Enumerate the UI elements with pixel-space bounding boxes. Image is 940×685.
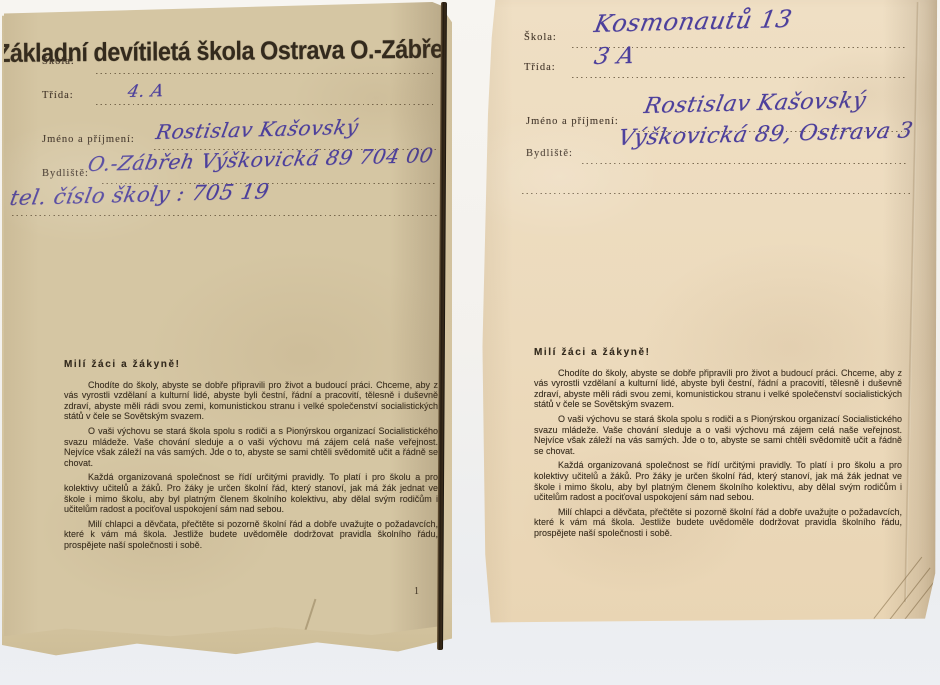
school-dotted-line xyxy=(96,72,436,74)
page-number: 1 xyxy=(414,586,419,597)
class-label: Třída: xyxy=(524,62,556,73)
name-value-handwritten: Rostislav Kašovský xyxy=(642,88,868,119)
school-label: Škola: xyxy=(42,56,75,67)
class-value-handwritten: 3 A xyxy=(592,43,637,70)
phone-dotted-line xyxy=(12,214,440,216)
notice-paragraph: O vaši výchovu se stará škola spolu s ro… xyxy=(534,414,902,456)
notice-text-block: Milí žáci a žákyně! Chodíte do školy, ab… xyxy=(64,360,438,551)
school-label: Škola: xyxy=(524,32,557,43)
class-dotted-line xyxy=(572,76,906,78)
notice-paragraph: Chodíte do školy, abyste se dobře připra… xyxy=(64,380,438,422)
phone-value-handwritten: tel. číslo školy : 705 19 xyxy=(8,179,271,210)
right-edge-crease xyxy=(904,2,920,602)
scanned-documents-canvas: Základní devítiletá škola Ostrava O.-Záb… xyxy=(0,0,940,685)
address-value-handwritten: O.-Zábřeh Výškovická 89 704 00 xyxy=(86,143,435,176)
name-value-handwritten: Rostislav Kašovský xyxy=(154,115,361,144)
class-label: Třída: xyxy=(42,90,74,101)
notice-paragraph: Chodíte do školy, abyste se dobře připra… xyxy=(534,368,902,410)
address-label: Bydliště: xyxy=(42,168,89,179)
name-label: Jméno a příjmení: xyxy=(526,116,619,127)
address-label: Bydliště: xyxy=(526,148,573,159)
left-page: Základní devítiletá škola Ostrava O.-Záb… xyxy=(4,2,442,644)
address-dotted-line xyxy=(582,162,906,164)
class-dotted-line xyxy=(96,103,436,105)
right-page: Škola: Kosmonautů 13 Třída: 3 A Jméno a … xyxy=(476,0,938,630)
notice-paragraph: O vaši výchovu se stará škola spolu s ro… xyxy=(64,426,438,468)
name-label: Jméno a příjmení: xyxy=(42,134,135,145)
class-value-handwritten: 4. A xyxy=(126,81,166,102)
notice-paragraph: Každá organizovaná společnost se řídí ur… xyxy=(64,472,438,514)
notice-text-block: Milí žáci a žákyně! Chodíte do školy, ab… xyxy=(534,348,902,539)
notice-paragraph: Každá organizovaná společnost se řídí ur… xyxy=(534,460,902,502)
address-value-handwritten: Výškovická 89, Ostrava 3 xyxy=(616,118,915,151)
notice-heading: Milí žáci a žákyně! xyxy=(64,360,438,371)
notice-paragraph: Milí chlapci a děvčata, přečtěte si pozo… xyxy=(64,519,438,551)
notice-heading: Milí žáci a žákyně! xyxy=(534,348,902,359)
notice-paragraph: Milí chlapci a děvčata, přečtěte si pozo… xyxy=(534,507,902,539)
empty-dotted-line xyxy=(522,192,912,194)
school-value-handwritten: Kosmonautů 13 xyxy=(592,5,794,38)
